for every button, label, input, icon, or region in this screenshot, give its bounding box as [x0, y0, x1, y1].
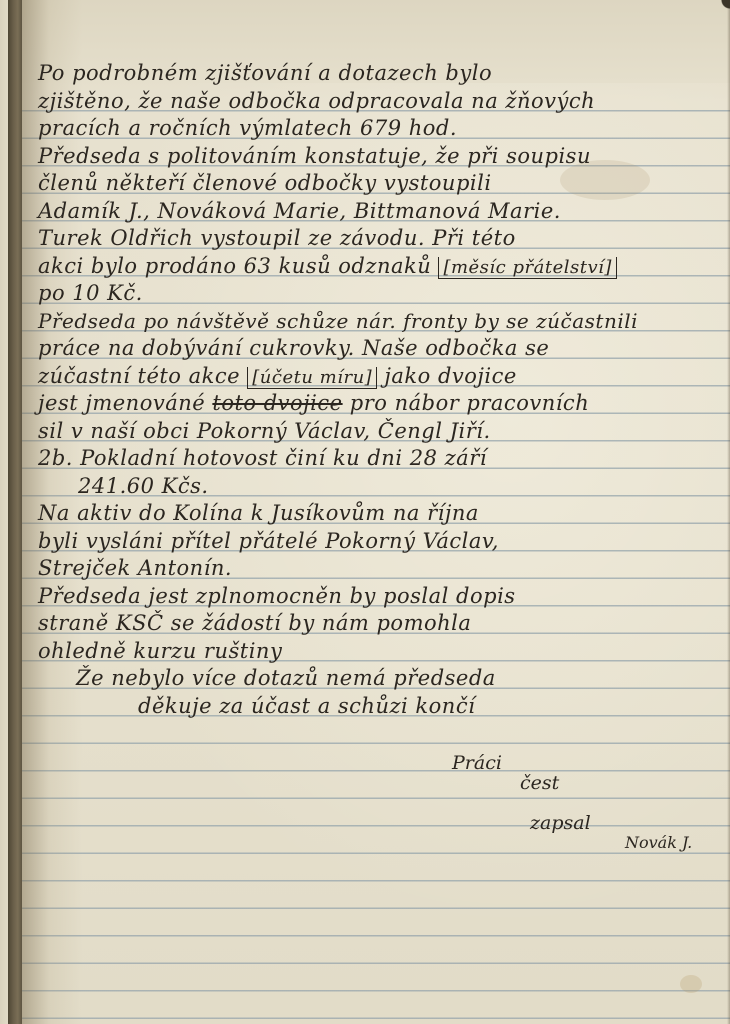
bracketed-insertion: [účetu míru]: [247, 367, 377, 389]
line-text: Na aktiv do Kolína k Jusíkovům na října: [38, 501, 479, 525]
bracketed-insertion: [měsíc přátelství]: [438, 257, 616, 279]
line-text: straně KSČ se žádostí by nám pomohla: [38, 611, 471, 635]
line-text: Předseda jest zplnomocněn by poslal dopi…: [38, 584, 516, 608]
line-text: děkuje za účast a schůzi končí: [138, 694, 475, 718]
line-text: akci bylo prodáno 63 kusů odznaků: [38, 254, 431, 278]
closing-greeting: Práci: [452, 752, 502, 774]
text-line: Strejček Antonín.: [38, 555, 728, 583]
text-line: Předseda jest zplnomocněn by poslal dopi…: [38, 583, 728, 611]
line-text: 2b. Pokladní hotovost činí ku dni 28 zář…: [38, 446, 487, 470]
closing-greeting-2: čest: [520, 772, 559, 794]
recorder-label: zapsal: [530, 812, 591, 834]
line-text: Že nebylo více dotazů nemá předseda: [76, 666, 496, 690]
text-line: členů někteří členové odbočky vystoupili: [38, 170, 728, 198]
line-text: jest jmenováné: [38, 391, 205, 415]
line-text: Předseda po návštěvě schůze nár. fronty …: [38, 309, 638, 333]
text-line: Že nebylo více dotazů nemá předseda: [38, 665, 728, 693]
line-text: 241.60 Kčs.: [78, 474, 209, 498]
notebook-binding: [8, 0, 22, 1024]
page-corner: [720, 0, 730, 16]
signature-text: Novák J.: [625, 833, 692, 852]
greeting-text-2: čest: [520, 772, 559, 794]
text-line: 2b. Pokladní hotovost činí ku dni 28 zář…: [38, 445, 728, 473]
line-text: zjištěno, že naše odbočka odpracovala na…: [38, 89, 595, 113]
text-line: Po podrobném zjišťování a dotazech bylo: [38, 60, 728, 88]
line-text: Turek Oldřich vystoupil ze závodu. Při t…: [38, 226, 516, 250]
line-text: Předseda s politováním konstatuje, že př…: [38, 144, 591, 168]
line-text: Adamík J., Nováková Marie, Bittmanová Ma…: [38, 199, 561, 223]
notebook-page: Po podrobném zjišťování a dotazech bylo …: [0, 0, 730, 1024]
text-line: děkuje za účast a schůzi končí: [38, 693, 728, 721]
line-text-continuation: pro nábor pracovních: [350, 391, 589, 415]
line-text: členů někteří členové odbočky vystoupili: [38, 171, 492, 195]
line-text: ohledně kurzu ruštiny: [38, 639, 282, 663]
line-text: zúčastní této akce: [38, 364, 240, 388]
line-text: byli vysláni přítel přátelé Pokorný Václ…: [38, 529, 499, 553]
text-line: Předseda po návštěvě schůze nár. fronty …: [38, 308, 728, 336]
signed-label-text: zapsal: [530, 812, 591, 834]
text-line: Turek Oldřich vystoupil ze závodu. Při t…: [38, 225, 728, 253]
line-text: práce na dobývání cukrovky. Naše odbočka…: [38, 336, 549, 360]
text-line: byli vysláni přítel přátelé Pokorný Václ…: [38, 528, 728, 556]
text-line: ohledně kurzu ruštiny: [38, 638, 728, 666]
text-line: jest jmenováné toto dvojice pro nábor pr…: [38, 390, 728, 418]
text-line: zúčastní této akce [účetu míru] jako dvo…: [38, 363, 728, 391]
text-line: po 10 Kč.: [38, 280, 728, 308]
text-line: pracích a ročních výmlatech 679 hod.: [38, 115, 728, 143]
line-text: po 10 Kč.: [38, 281, 143, 305]
greeting-text: Práci: [452, 752, 502, 774]
text-line: 241.60 Kčs.: [38, 473, 728, 501]
line-text: pracích a ročních výmlatech 679 hod.: [38, 116, 457, 140]
text-line: straně KSČ se žádostí by nám pomohla: [38, 610, 728, 638]
handwritten-minutes: Po podrobném zjišťování a dotazech bylo …: [38, 60, 728, 720]
line-text-continuation: jako dvojice: [384, 364, 516, 388]
text-line: akci bylo prodáno 63 kusů odznaků [měsíc…: [38, 253, 728, 281]
text-line: zjištěno, že naše odbočka odpracovala na…: [38, 88, 728, 116]
line-text: sil v naší obci Pokorný Václav, Čengl Ji…: [38, 419, 491, 443]
signature: Novák J.: [625, 833, 692, 852]
text-line: práce na dobývání cukrovky. Naše odbočka…: [38, 335, 728, 363]
line-text: Strejček Antonín.: [38, 556, 232, 580]
text-line: Adamík J., Nováková Marie, Bittmanová Ma…: [38, 198, 728, 226]
struck-through-text: toto dvojice: [212, 391, 342, 415]
line-text: Po podrobném zjišťování a dotazech bylo: [38, 61, 492, 85]
text-line: Předseda s politováním konstatuje, že př…: [38, 143, 728, 171]
text-line: Na aktiv do Kolína k Jusíkovům na října: [38, 500, 728, 528]
paper-stain: [680, 975, 702, 993]
text-line: sil v naší obci Pokorný Václav, Čengl Ji…: [38, 418, 728, 446]
